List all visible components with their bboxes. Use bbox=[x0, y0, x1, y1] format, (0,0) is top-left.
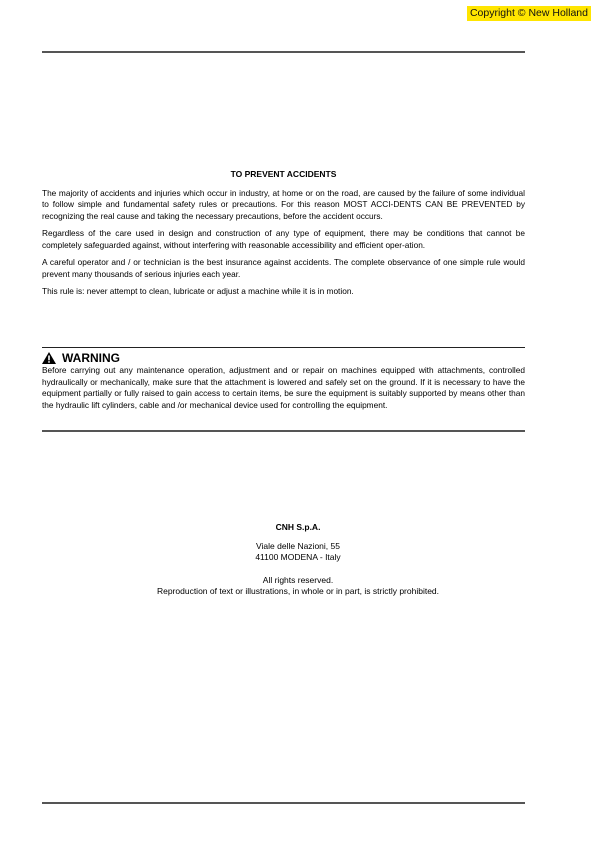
accidents-title: TO PREVENT ACCIDENTS bbox=[42, 169, 525, 181]
publisher-info: CNH S.p.A. Viale delle Nazioni, 55 41100… bbox=[0, 522, 596, 598]
top-divider bbox=[42, 51, 525, 53]
warning-body: Before carrying out any maintenance oper… bbox=[42, 365, 525, 411]
warning-top-divider bbox=[42, 347, 525, 348]
accidents-paragraph: Regardless of the care used in design an… bbox=[42, 228, 525, 251]
company-name: CNH S.p.A. bbox=[0, 522, 596, 534]
warning-header: WARNING bbox=[42, 351, 525, 365]
warning-section: WARNING Before carrying out any maintena… bbox=[42, 351, 525, 411]
copyright-badge: Copyright © New Holland bbox=[467, 6, 591, 21]
rights-notice: All rights reserved. bbox=[0, 575, 596, 587]
reproduction-notice: Reproduction of text or illustrations, i… bbox=[0, 586, 596, 598]
accidents-paragraph: The majority of accidents and injuries w… bbox=[42, 188, 525, 223]
accidents-section: TO PREVENT ACCIDENTS The majority of acc… bbox=[42, 169, 525, 304]
accidents-paragraph: A careful operator and / or technician i… bbox=[42, 257, 525, 280]
warning-bottom-divider bbox=[42, 430, 525, 432]
warning-triangle-icon bbox=[42, 352, 56, 364]
accidents-paragraph: This rule is: never attempt to clean, lu… bbox=[42, 286, 525, 298]
bottom-divider bbox=[42, 802, 525, 804]
address-line-2: 41100 MODENA - Italy bbox=[0, 552, 596, 564]
address-line-1: Viale delle Nazioni, 55 bbox=[0, 541, 596, 553]
warning-title: WARNING bbox=[62, 351, 120, 365]
